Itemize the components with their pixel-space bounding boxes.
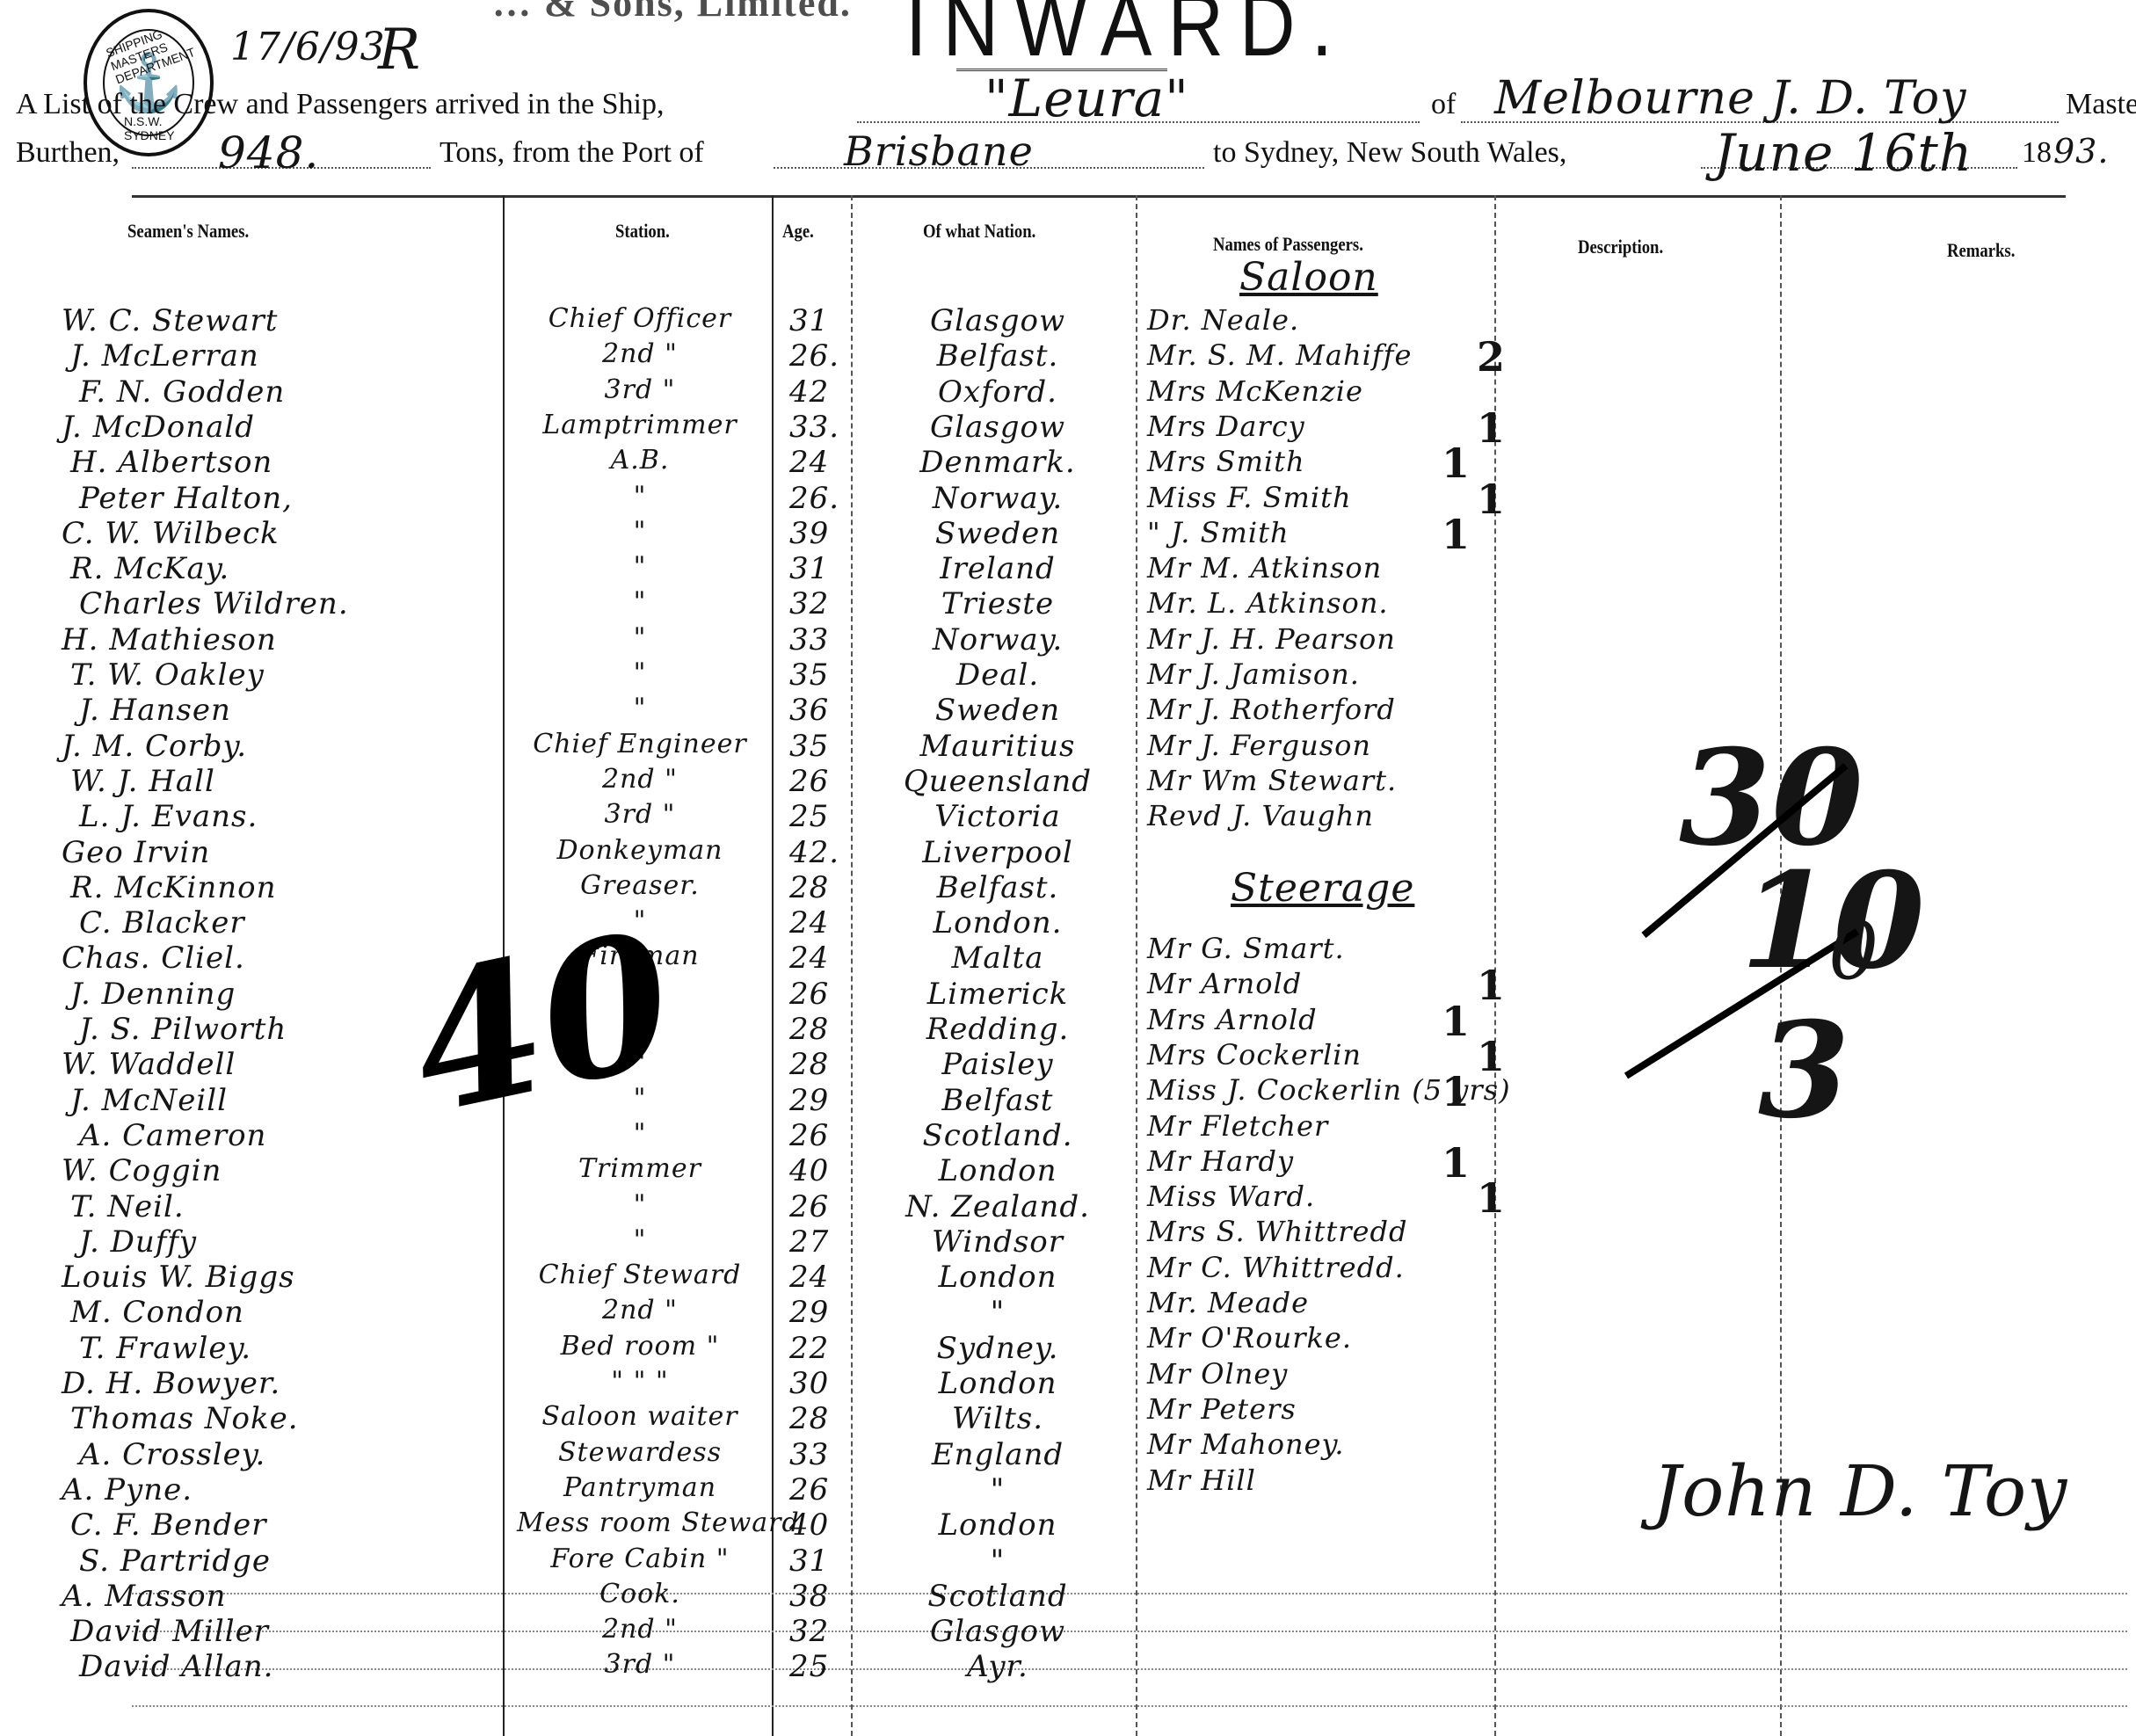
table-top-rule <box>132 195 2066 198</box>
crew-age: 26 <box>789 1118 829 1153</box>
passenger-name: Mrs Arnold <box>1147 1003 1318 1036</box>
crew-age: 24 <box>789 941 829 976</box>
passenger-name: Mr C. Whittredd. <box>1147 1251 1405 1284</box>
crew-age: 33 <box>789 622 829 657</box>
crew-age: 25 <box>789 1649 829 1684</box>
ruled-line <box>132 1593 2127 1594</box>
crew-name: J. M. Corby. <box>62 729 247 764</box>
year-value: 93. <box>2053 132 2109 171</box>
tally-mark: 1 <box>1442 1139 1471 1187</box>
column-divider-passengers <box>1136 195 1137 1736</box>
crew-station: A.B. <box>517 445 763 476</box>
crew-nation: Paisley <box>870 1047 1125 1082</box>
passenger-name: Mrs S. Whittredd <box>1147 1215 1407 1248</box>
steerage-heading: Steerage <box>1231 866 1414 911</box>
of-label: of <box>1431 88 1456 121</box>
crew-age: 24 <box>789 905 829 941</box>
ship-name-value: "Leura" <box>984 69 1189 128</box>
column-header-description: Description. <box>1578 236 1663 258</box>
passenger-name: Mr Hill <box>1147 1464 1256 1497</box>
port-registry-value: Melbourne J. D. Toy <box>1494 72 1966 125</box>
passenger-name: Mr O'Rourke. <box>1147 1321 1352 1355</box>
passenger-name: Mr Peters <box>1147 1392 1297 1426</box>
passenger-name: Mr G. Smart. <box>1147 932 1345 965</box>
crew-nation: Redding. <box>870 1012 1125 1047</box>
passenger-name: Mr. Meade <box>1147 1286 1309 1319</box>
crew-nation: London <box>870 1153 1125 1188</box>
ruled-line <box>132 1705 2127 1707</box>
tally-mark: 2 <box>1477 333 1506 381</box>
crew-age: 26. <box>789 338 839 374</box>
crew-station: " <box>517 1189 763 1220</box>
crew-nation: London <box>870 1507 1125 1543</box>
crew-nation: Mauritius <box>870 729 1125 764</box>
crew-age: 28 <box>789 1401 829 1436</box>
column-header-station: Station. <box>615 220 670 243</box>
fraction-trailing: 0 <box>1828 905 1879 998</box>
passenger-name: Mr Fletcher <box>1147 1109 1328 1143</box>
crew-station: " <box>517 622 763 653</box>
crew-name: Chas. Cliel. <box>62 941 245 976</box>
crew-name: A. Cameron <box>79 1118 266 1153</box>
crew-name: David Allan. <box>79 1649 273 1684</box>
crew-nation: N. Zealand. <box>870 1189 1125 1224</box>
crew-nation: " <box>870 1472 1125 1507</box>
crew-age: 22 <box>789 1331 829 1366</box>
crew-name: R. McKinnon <box>70 870 277 905</box>
crew-age: 31 <box>789 1544 829 1579</box>
crew-nation: Victoria <box>870 799 1125 834</box>
master-label: Master <box>2066 88 2136 121</box>
crew-station: Trimmer <box>517 1153 763 1184</box>
crew-name: J. Hansen <box>79 693 231 728</box>
crew-age: 39 <box>789 516 829 551</box>
crew-station: " <box>517 657 763 688</box>
crew-station: Lamptrimmer <box>517 410 763 440</box>
column-divider-age <box>772 195 774 1736</box>
crew-name: J. Duffy <box>79 1224 197 1260</box>
tally-mark: 1 <box>1477 476 1506 523</box>
crew-name: C. Blacker <box>79 905 245 941</box>
crew-nation: Queensland <box>870 764 1125 799</box>
crew-age: 24 <box>789 1260 829 1295</box>
passenger-name: Mr Wm Stewart. <box>1147 764 1397 797</box>
crew-age: 42. <box>789 835 839 870</box>
crew-nation: England <box>870 1437 1125 1472</box>
passenger-name: Mrs McKenzie <box>1147 374 1363 408</box>
crew-nation: Belfast. <box>870 870 1125 905</box>
passenger-name: Mr M. Atkinson <box>1147 551 1382 585</box>
crew-age: 36 <box>789 693 829 728</box>
crew-name: Peter Halton, <box>79 481 293 516</box>
crew-age: 26 <box>789 764 829 799</box>
passenger-name: Mr. S. M. Mahiffe <box>1147 338 1412 372</box>
passenger-name: Revd J. Vaughn <box>1147 799 1374 832</box>
crew-name: Charles Wildren. <box>79 586 349 621</box>
crew-name: W. Coggin <box>62 1153 222 1188</box>
column-header-remarks: Remarks. <box>1947 239 2015 262</box>
crew-age: 31 <box>789 303 829 338</box>
shipping-master-stamp: SHIPPING MASTERS DEPARTMENT ⚓ N.S.W. SYD… <box>84 9 214 156</box>
crew-name: W. Waddell <box>62 1047 236 1082</box>
crew-name: Louis W. Biggs <box>62 1260 295 1295</box>
crew-station: Bed room " <box>517 1331 763 1362</box>
crew-nation: London. <box>870 905 1125 941</box>
crew-age: 26 <box>789 977 829 1012</box>
crew-nation: Malta <box>870 941 1125 976</box>
crew-nation: Windsor <box>870 1224 1125 1260</box>
tally-mark: 1 <box>1442 998 1471 1045</box>
crew-station: Fore Cabin " <box>517 1544 763 1574</box>
fraction-bottom: 3 <box>1758 993 1850 1148</box>
tally-mark: 1 <box>1477 404 1506 452</box>
crew-nation: Glasgow <box>870 410 1125 445</box>
column-header-age: Age. <box>782 220 814 243</box>
crew-age: 32 <box>789 586 829 621</box>
crew-nation: Deal. <box>870 657 1125 693</box>
crew-name: David Miller <box>70 1614 269 1649</box>
arrival-date-value: June 16th <box>1714 123 1973 183</box>
tons-value: 948. <box>218 127 319 178</box>
crew-age: 42 <box>789 374 829 410</box>
passenger-name: Mr J. Rotherford <box>1147 693 1396 726</box>
crew-age: 31 <box>789 551 829 586</box>
tally-mark: 1 <box>1477 962 1506 1009</box>
crew-name: C. F. Bender <box>70 1507 266 1543</box>
passenger-name: Mr J. Jamison. <box>1147 657 1360 691</box>
crew-age: 29 <box>789 1295 829 1330</box>
crew-station: Pantryman <box>517 1472 763 1503</box>
crew-name: C. W. Wilbeck <box>62 516 280 551</box>
crew-age: 27 <box>789 1224 829 1260</box>
column-header-nation: Of what Nation. <box>923 220 1035 243</box>
crew-station: 2nd " <box>517 338 763 369</box>
crew-nation: Trieste <box>870 586 1125 621</box>
crew-name: T. W. Oakley <box>70 657 265 693</box>
crew-nation: London <box>870 1366 1125 1401</box>
crew-age: 35 <box>789 729 829 764</box>
crew-station: Chief Steward <box>517 1260 763 1290</box>
crew-station: 2nd " <box>517 1295 763 1326</box>
crew-nation: Wilts. <box>870 1401 1125 1436</box>
column-divider-nation <box>851 195 853 1736</box>
printer-imprint: … & Sons, Limited. <box>492 0 852 25</box>
crew-name: A. Masson <box>62 1579 227 1614</box>
crew-age: 25 <box>789 799 829 834</box>
crew-station: Chief Engineer <box>517 729 763 759</box>
crew-nation: Glasgow <box>870 1614 1125 1649</box>
crew-station: 2nd " <box>517 1614 763 1645</box>
crew-name: D. H. Bowyer. <box>62 1366 280 1401</box>
crew-name: R. McKay. <box>70 551 229 586</box>
crew-age: 29 <box>789 1083 829 1118</box>
crew-name: J. McLerran <box>70 338 259 374</box>
crew-name: J. S. Pilworth <box>79 1012 287 1047</box>
crew-name: H. Albertson <box>70 445 272 480</box>
crew-name: A. Crossley. <box>79 1437 265 1472</box>
crew-name: J. McNeill <box>70 1083 228 1118</box>
crew-station: 2nd " <box>517 764 763 795</box>
crew-nation: " <box>870 1544 1125 1579</box>
crew-nation: Glasgow <box>870 303 1125 338</box>
crew-nation: Ayr. <box>870 1649 1125 1684</box>
crew-age: 26. <box>789 481 839 516</box>
crew-nation: Liverpool <box>870 835 1125 870</box>
crew-name: S. Partridge <box>79 1544 271 1579</box>
crew-age: 40 <box>789 1153 829 1188</box>
passenger-name: Mrs Cockerlin <box>1147 1038 1362 1071</box>
crew-nation: Sydney. <box>870 1331 1125 1366</box>
crew-name: J. McDonald <box>62 410 255 445</box>
crew-name: W. C. Stewart <box>62 303 278 338</box>
crew-station: " <box>517 516 763 547</box>
crew-nation: Ireland <box>870 551 1125 586</box>
tons-from-port-label: Tons, from the Port of <box>440 136 704 170</box>
crew-station: 3rd " <box>517 799 763 830</box>
crew-nation: Scotland. <box>870 1118 1125 1153</box>
passenger-name: Mr. L. Atkinson. <box>1147 586 1389 620</box>
crew-name: T. Neil. <box>70 1189 185 1224</box>
crew-name: Geo Irvin <box>62 835 210 870</box>
crew-nation: Scotland <box>870 1579 1125 1614</box>
crew-nation: " <box>870 1295 1125 1330</box>
crew-age: 33. <box>789 410 839 445</box>
crew-station: " <box>517 551 763 582</box>
crew-station: Mess room Steward <box>517 1507 763 1538</box>
received-date-annotation: 17/6/93 <box>230 25 386 69</box>
crew-age: 26 <box>789 1472 829 1507</box>
crew-nation: Denmark. <box>870 445 1125 480</box>
passenger-name: Mr Mahoney. <box>1147 1427 1345 1461</box>
list-intro-label: A List of the Crew and Passengers arrive… <box>16 88 664 121</box>
crew-station: " " " <box>517 1366 763 1397</box>
passenger-name: Mr Olney <box>1147 1357 1288 1391</box>
crew-nation: Oxford. <box>870 374 1125 410</box>
crew-nation: Norway. <box>870 481 1125 516</box>
crew-name: J. Denning <box>70 977 236 1012</box>
crew-age: 38 <box>789 1579 829 1614</box>
crew-age: 32 <box>789 1614 829 1649</box>
crew-nation: Limerick <box>870 977 1125 1012</box>
crew-age: 35 <box>789 657 829 693</box>
crew-nation: Norway. <box>870 622 1125 657</box>
crew-station: " <box>517 1224 763 1255</box>
crew-station: Saloon waiter <box>517 1401 763 1432</box>
crew-name: A. Pyne. <box>62 1472 193 1507</box>
crew-station: " <box>517 693 763 723</box>
passenger-name: Mr J. Ferguson <box>1147 729 1371 762</box>
tally-mark: 1 <box>1442 511 1471 558</box>
passenger-name: Mr J. H. Pearson <box>1147 622 1396 656</box>
crew-age: 26 <box>789 1189 829 1224</box>
passenger-name: Mrs Smith <box>1147 445 1305 478</box>
crew-age: 40 <box>789 1507 829 1543</box>
crew-age: 28 <box>789 1012 829 1047</box>
passenger-name: " J. Smith <box>1147 516 1290 549</box>
crew-nation: London <box>870 1260 1125 1295</box>
crew-station: Stewardess <box>517 1437 763 1468</box>
passenger-name: Dr. Neale. <box>1147 303 1299 337</box>
crew-name: L. J. Evans. <box>79 799 258 834</box>
crew-name: H. Mathieson <box>62 622 277 657</box>
crew-station: Donkeyman <box>517 835 763 866</box>
passenger-name: Miss Ward. <box>1147 1180 1315 1213</box>
crew-name: T. Frawley. <box>79 1331 251 1366</box>
passenger-name: Mr Arnold <box>1147 967 1302 1000</box>
passenger-name: Miss F. Smith <box>1147 481 1352 514</box>
crew-station: Cook. <box>517 1579 763 1609</box>
crew-name: M. Condon <box>70 1295 244 1330</box>
crew-station: " <box>517 586 763 617</box>
master-signature: John D. Toy <box>1653 1450 2067 1532</box>
tally-mark: 1 <box>1477 1174 1506 1222</box>
tally-mark: 1 <box>1442 1068 1471 1115</box>
crew-age: 33 <box>789 1437 829 1472</box>
crew-name: W. J. Hall <box>70 764 215 799</box>
crew-station: 3rd " <box>517 374 763 405</box>
column-header-passengers: Names of Passengers. <box>1213 233 1363 256</box>
crew-station: " <box>517 481 763 512</box>
crew-nation: Sweden <box>870 516 1125 551</box>
crew-name: F. N. Godden <box>79 374 285 410</box>
crew-age: 24 <box>789 445 829 480</box>
crew-nation: Belfast <box>870 1083 1125 1118</box>
ruled-line <box>132 1631 2127 1632</box>
burthen-label: Burthen, <box>16 136 120 170</box>
crew-age: 28 <box>789 870 829 905</box>
clerk-initial-annotation: R <box>378 18 421 83</box>
crew-name: Thomas Noke. <box>70 1401 299 1436</box>
crew-nation: Belfast. <box>870 338 1125 374</box>
crew-age: 28 <box>789 1047 829 1082</box>
ruled-line <box>132 1668 2127 1670</box>
column-header-seamen-names: Seamen's Names. <box>127 220 249 243</box>
crew-nation: Sweden <box>870 693 1125 728</box>
crew-total-annotation: 40 <box>394 890 692 1156</box>
saloon-heading: Saloon <box>1239 255 1378 300</box>
year-prefix: 18 <box>2022 136 2052 170</box>
passenger-name: Mrs Darcy <box>1147 410 1305 443</box>
crew-station: Chief Officer <box>517 303 763 334</box>
passenger-name: Mr Hardy <box>1147 1144 1294 1178</box>
destination-label: to Sydney, New South Wales, <box>1213 136 1566 170</box>
crew-station: 3rd " <box>517 1649 763 1680</box>
crew-age: 30 <box>789 1366 829 1401</box>
tally-mark: 1 <box>1442 439 1471 487</box>
from-port-value: Brisbane <box>844 127 1034 175</box>
document-title: INWARD. <box>905 0 1348 76</box>
